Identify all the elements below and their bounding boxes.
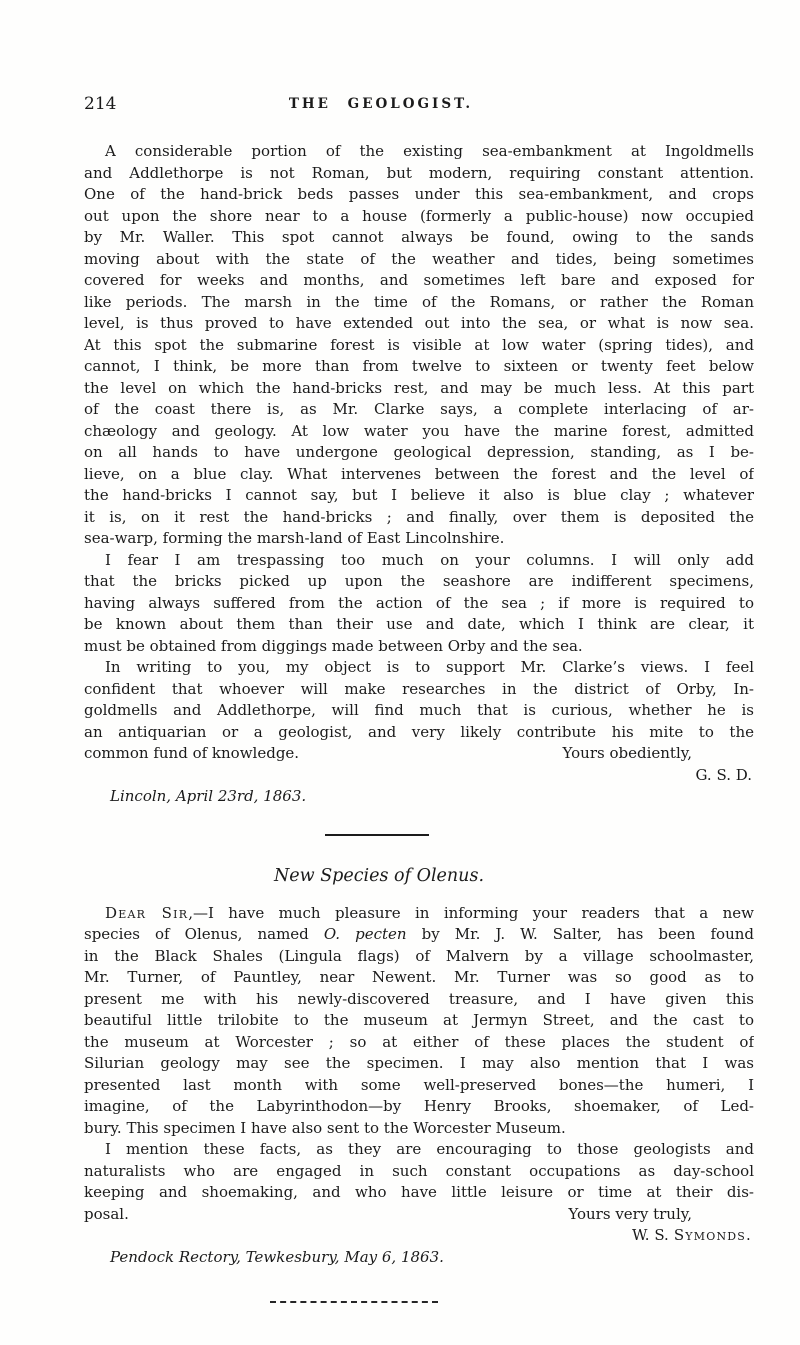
text-line: At this spot the submarine forest is vis…: [84, 335, 754, 357]
text-line: species of Olenus, named O. pecten by Mr…: [84, 924, 754, 946]
valediction: Yours very truly,: [568, 1204, 692, 1226]
text-line: bury. This specimen I have also sent to …: [84, 1118, 754, 1140]
page-body: A considerable portion of the existing s…: [84, 141, 754, 1303]
text-line: covered for weeks and months, and someti…: [84, 270, 754, 292]
dateline-text: Lincoln, April 23rd, 1863.: [110, 787, 306, 805]
text-line: on all hands to have undergone geologica…: [84, 442, 754, 464]
book-page: 214 THE GEOLOGIST. A considerable portio…: [0, 0, 800, 1345]
text-line: and Addlethorpe is not Roman, but modern…: [84, 163, 754, 185]
text-line: One of the hand-brick beds passes under …: [84, 184, 754, 206]
letter-2-closing-line: posal. Yours very truly,: [84, 1204, 754, 1226]
text-line: keeping and shoemaking, and who have lit…: [84, 1182, 754, 1204]
text-line: Dear Sir,—I have much pleasure in inform…: [84, 903, 754, 925]
text-line: must be obtained from diggings made betw…: [84, 636, 754, 658]
section-divider: [325, 834, 429, 836]
text-line: the museum at Worcester ; so at either o…: [84, 1032, 754, 1054]
text-line: cannot, I think, be more than from twelv…: [84, 356, 754, 378]
closing-text: posal.: [84, 1204, 129, 1226]
letter-1-dateline: Lincoln, April 23rd, 1863.: [84, 786, 754, 808]
letter-1-closing-line: common fund of knowledge. Yours obedient…: [84, 743, 754, 765]
text-line: the level on which the hand-bricks rest,…: [84, 378, 754, 400]
text-line: sea-warp, forming the marsh-land of East…: [84, 528, 754, 550]
text-line: the hand-bricks I cannot say, but I beli…: [84, 485, 754, 507]
text-line: moving about with the state of the weath…: [84, 249, 754, 271]
text-line: in the Black Shales (Lingula flags) of M…: [84, 946, 754, 968]
letter-1: A considerable portion of the existing s…: [84, 141, 754, 808]
text-line: A considerable portion of the existing s…: [84, 141, 754, 163]
closing-text: common fund of knowledge.: [84, 743, 299, 765]
bottom-divider: [270, 1301, 438, 1303]
letter-2-dateline: Pendock Rectory, Tewkesbury, May 6, 1863…: [84, 1247, 754, 1269]
text-line: like periods. The marsh in the time of t…: [84, 292, 754, 314]
journal-title: THE GEOLOGIST.: [46, 93, 716, 115]
text-line: by Mr. Waller. This spot cannot always b…: [84, 227, 754, 249]
text-line: confident that whoever will make researc…: [84, 679, 754, 701]
text-line: of the coast there is, as Mr. Clarke say…: [84, 399, 754, 421]
text-line: beautiful little trilobite to the museum…: [84, 1010, 754, 1032]
text-line: chæology and geology. At low water you h…: [84, 421, 754, 443]
letter-2-signature: W. S.Symonds.: [84, 1225, 754, 1247]
text-line: Mr. Turner, of Pauntley, near Newent. Mr…: [84, 967, 754, 989]
text-line: lieve, on a blue clay. What intervenes b…: [84, 464, 754, 486]
signature-text: G. S. D.: [695, 766, 752, 784]
text-line: Silurian geology may see the specimen. I…: [84, 1053, 754, 1075]
letter-2: Dear Sir,—I have much pleasure in inform…: [84, 903, 754, 1269]
dateline-text: Pendock Rectory, Tewkesbury, May 6, 1863…: [110, 1248, 444, 1266]
text-line: presented last month with some well-pres…: [84, 1075, 754, 1097]
text-line: I mention these facts, as they are encou…: [84, 1139, 754, 1161]
letter-2-paragraphs: Dear Sir,—I have much pleasure in inform…: [84, 903, 754, 1204]
text-line: an antiquarian or a geologist, and very …: [84, 722, 754, 744]
text-line: that the bricks picked up upon the seash…: [84, 571, 754, 593]
text-line: I fear I am trespassing too much on your…: [84, 550, 754, 572]
text-line: it is, on it rest the hand-bricks ; and …: [84, 507, 754, 529]
text-line: be known about them than their use and d…: [84, 614, 754, 636]
text-line: having always suffered from the action o…: [84, 593, 754, 615]
letter-1-paragraphs: A considerable portion of the existing s…: [84, 141, 754, 743]
text-line: level, is thus proved to have extended o…: [84, 313, 754, 335]
text-line: In writing to you, my object is to suppo…: [84, 657, 754, 679]
text-line: goldmells and Addlethorpe, will find muc…: [84, 700, 754, 722]
letter-1-signature: G. S. D.: [84, 765, 754, 787]
valediction: Yours obediently,: [563, 743, 692, 765]
text-line: out upon the shore near to a house (form…: [84, 206, 754, 228]
text-line: imagine, of the Labyrinthodon—by Henry B…: [84, 1096, 754, 1118]
article-heading: New Species of Olenus.: [44, 865, 714, 887]
page-header: 214 THE GEOLOGIST.: [84, 93, 754, 115]
text-line: naturalists who are engaged in such cons…: [84, 1161, 754, 1183]
signature-surname: Symonds.: [674, 1226, 752, 1244]
text-line: present me with his newly-discovered tre…: [84, 989, 754, 1011]
signature-text: W. S.: [632, 1226, 669, 1244]
